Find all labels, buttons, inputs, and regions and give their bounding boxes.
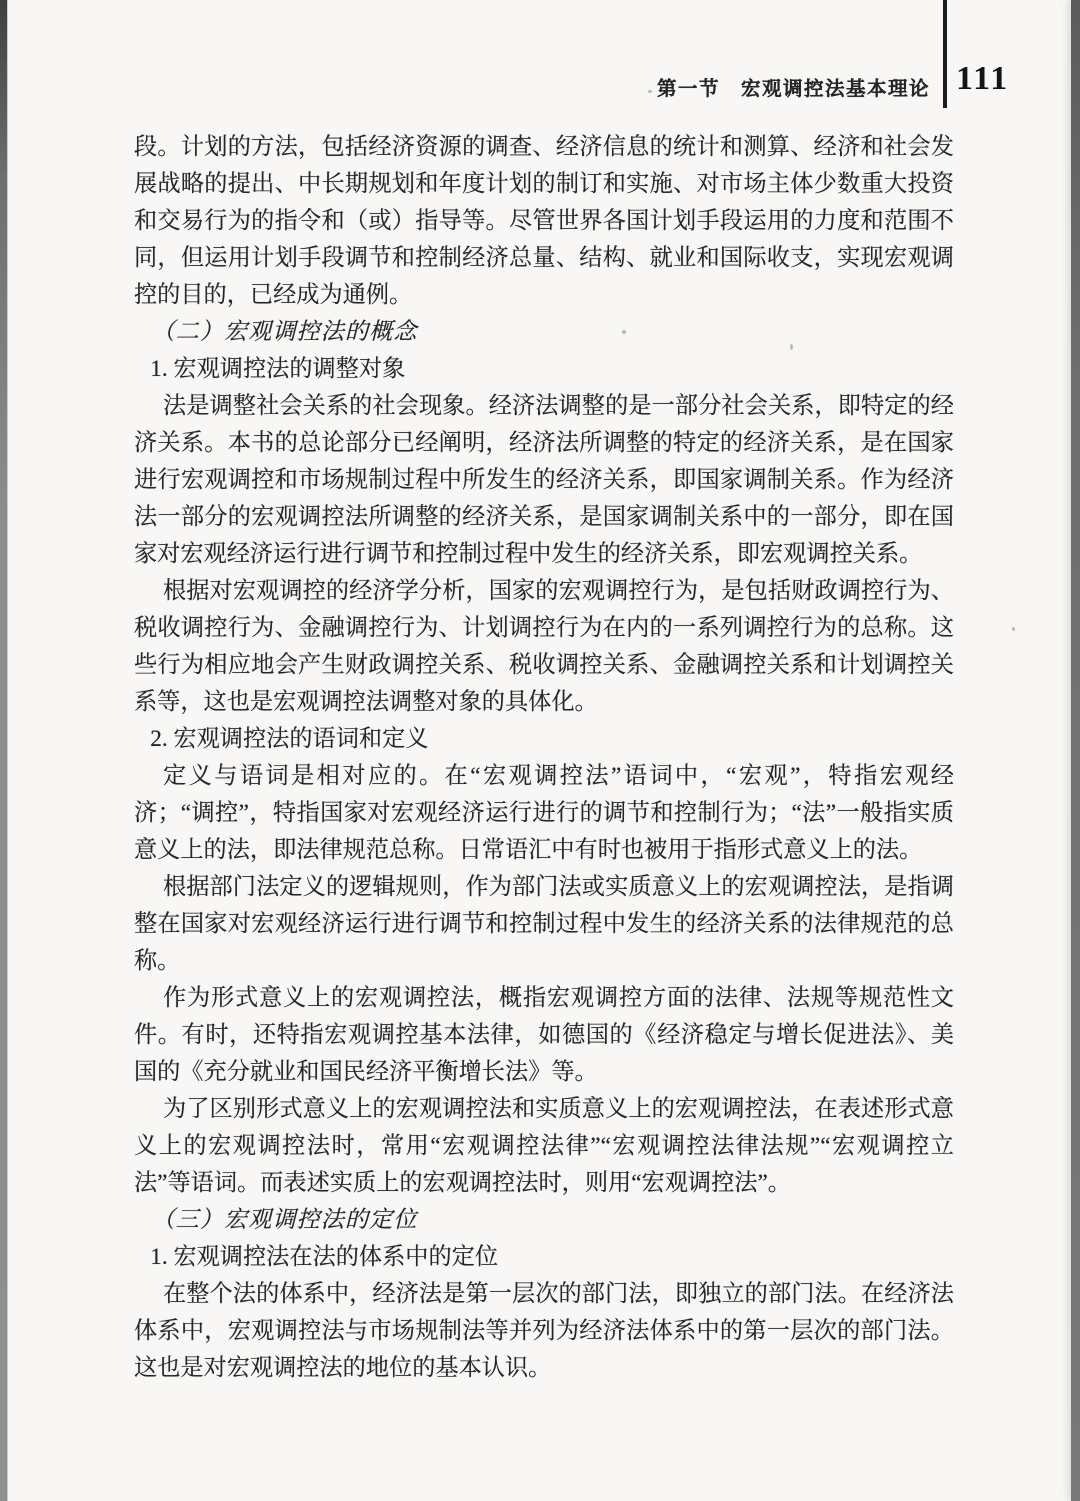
- right-page-edge-shadow: [1071, 0, 1080, 1501]
- numbered-heading-1: 1. 宏观调控法的调整对象: [134, 351, 954, 388]
- scan-speck: [790, 344, 793, 350]
- numbered-heading-1b: 1. 宏观调控法在法的体系中的定位: [134, 1239, 954, 1276]
- body-text-column: 段。计划的方法，包括经济资源的调查、经济信息的统计和测算、经济和社会发展战略的提…: [134, 129, 954, 1387]
- numbered-heading-2: 2. 宏观调控法的语词和定义: [134, 721, 954, 758]
- subsection-heading-3: （三）宏观调控法的定位: [134, 1202, 954, 1239]
- scan-speck: [1012, 627, 1015, 631]
- paragraph-continued: 段。计划的方法，包括经济资源的调查、经济信息的统计和测算、经济和社会发展战略的提…: [134, 129, 954, 314]
- book-page: 第一节 宏观调控法基本理论 111 段。计划的方法，包括经济资源的调查、经济信息…: [0, 0, 1080, 1501]
- subsection-heading-2: （二）宏观调控法的概念: [134, 314, 954, 351]
- scan-speck: [622, 330, 626, 334]
- paragraph: 为了区别形式意义上的宏观调控法和实质意义上的宏观调控法，在表述形式意义上的宏观调…: [134, 1091, 954, 1202]
- paragraph: 在整个法的体系中，经济法是第一层次的部门法，即独立的部门法。在经济法体系中，宏观…: [134, 1276, 954, 1387]
- running-header-section-title: 第一节 宏观调控法基本理论: [657, 73, 930, 101]
- scan-speck: [648, 90, 652, 93]
- paragraph: 定义与语词是相对应的。在“宏观调控法”语词中，“宏观”，特指宏观经济；“调控”，…: [134, 758, 954, 869]
- header-divider-rule: [943, 0, 947, 108]
- paragraph: 根据部门法定义的逻辑规则，作为部门法或实质意义上的宏观调控法，是指调整在国家对宏…: [134, 869, 954, 980]
- left-page-edge-shadow: [0, 0, 8, 1501]
- paragraph: 法是调整社会关系的社会现象。经济法调整的是一部分社会关系，即特定的经济关系。本书…: [134, 388, 954, 573]
- paragraph: 根据对宏观调控的经济学分析，国家的宏观调控行为，是包括财政调控行为、税收调控行为…: [134, 573, 954, 721]
- page-number: 111: [956, 60, 1009, 98]
- paragraph: 作为形式意义上的宏观调控法，概指宏观调控方面的法律、法规等规范性文件。有时，还特…: [134, 980, 954, 1091]
